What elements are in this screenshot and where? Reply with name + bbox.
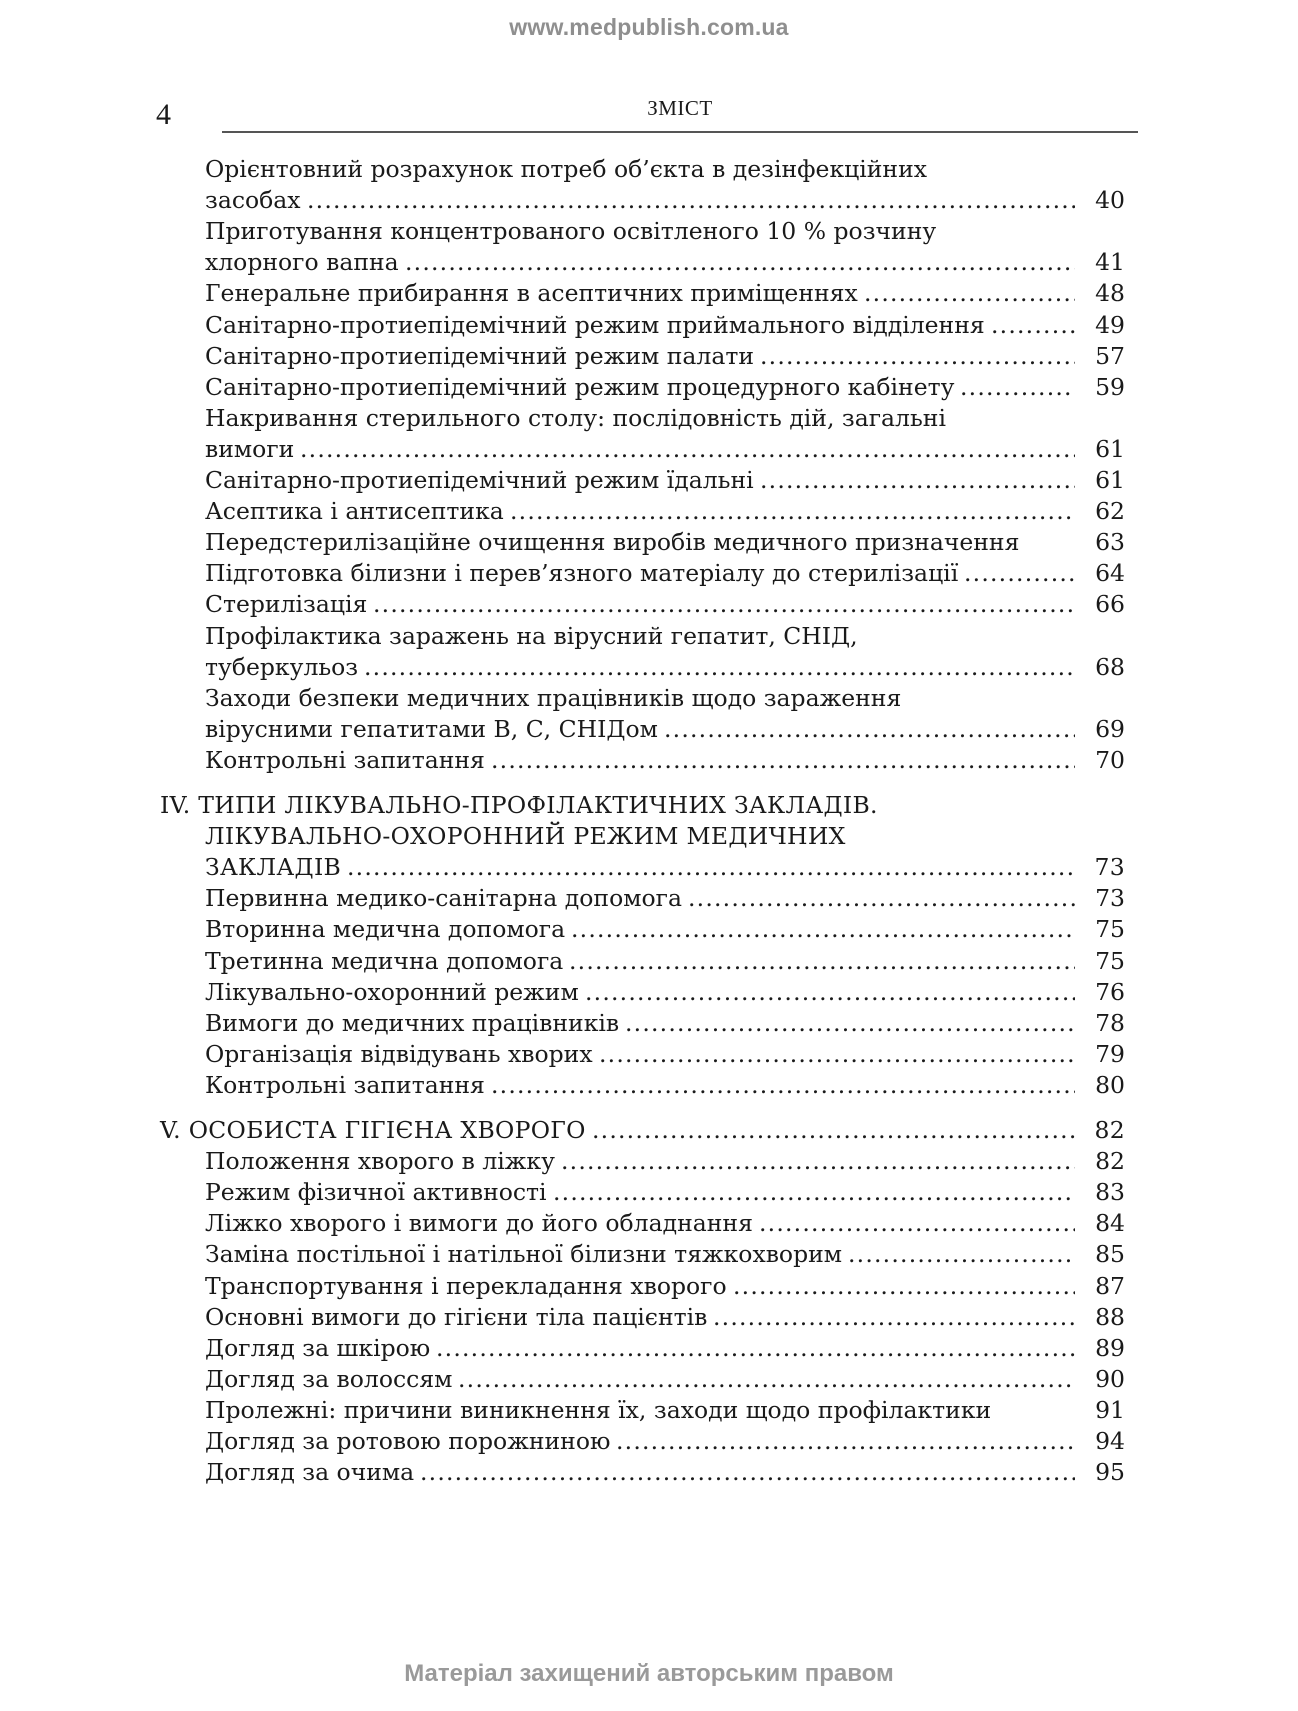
toc-page-number: 48 <box>1075 276 1125 310</box>
dot-leader: ........................................… <box>848 1237 1075 1271</box>
dot-leader: ........................................… <box>420 1455 1075 1489</box>
dot-leader: ........................................… <box>760 339 1075 373</box>
toc-page-number: 59 <box>1075 370 1125 404</box>
toc-page-number: 61 <box>1075 432 1125 466</box>
toc-page-number: 75 <box>1075 912 1125 946</box>
page-number: 4 <box>156 98 171 132</box>
dot-leader: ........................................… <box>561 1144 1075 1178</box>
toc-page-number: 91 <box>1075 1393 1125 1427</box>
toc-entry-title: Догляд за ротовою порожниною <box>205 1424 610 1458</box>
toc-page-number: 80 <box>1075 1068 1125 1102</box>
toc-entry-title: Генеральне прибирання в асептичних примі… <box>205 276 858 310</box>
dot-leader: ........................................… <box>625 1006 1075 1040</box>
dot-leader: ........................................… <box>960 370 1075 404</box>
toc-entry-title: Догляд за волоссям <box>205 1362 452 1396</box>
toc-page-number: 79 <box>1075 1037 1125 1071</box>
toc-page-number: 68 <box>1075 650 1125 684</box>
dot-leader: ........................................… <box>307 183 1075 217</box>
toc-entry-title: Лікувально-охоронний режим <box>205 975 579 1009</box>
toc-page-number: 90 <box>1075 1362 1125 1396</box>
toc-entry-title: Ліжко хворого і вимоги до його обладнанн… <box>205 1206 753 1240</box>
toc-page-number: 70 <box>1075 743 1125 777</box>
toc-entry-title: Санітарно-протиепідемічний режим їдальні <box>205 463 754 497</box>
dot-leader: ........................................… <box>733 1269 1075 1303</box>
dot-leader: ........................................… <box>664 712 1075 746</box>
toc-page-number: 57 <box>1075 339 1125 373</box>
toc-page-number: 63 <box>1075 525 1125 559</box>
toc-entry-title: Догляд за очима <box>205 1455 414 1489</box>
toc-entry-title: Асептика і антисептика <box>205 494 504 528</box>
toc-entry-title: Санітарно-протиепідемічний режим приймал… <box>205 308 985 342</box>
watermark-bottom: Матеріал захищений авторським правом <box>0 1660 1298 1688</box>
toc-entry-title: Положення хворого в ліжку <box>205 1144 555 1178</box>
dot-leader: ........................................… <box>458 1362 1075 1396</box>
toc-page-number: 84 <box>1075 1206 1125 1240</box>
dot-leader: ........................................… <box>713 1300 1075 1334</box>
toc-entry-title: V. ОСОБИСТА ГІГІЄНА ХВОРОГО <box>160 1113 586 1147</box>
toc-page-number: 73 <box>1075 881 1125 915</box>
dot-leader: ........................................… <box>585 975 1075 1009</box>
toc-entry-title: Режим фізичної активності <box>205 1175 547 1209</box>
toc-page-number: 89 <box>1075 1331 1125 1365</box>
toc-entry-title: Заміна постільної і натільної білизни тя… <box>205 1237 842 1271</box>
toc-entry-title: Вторинна медична допомога <box>205 912 565 946</box>
dot-leader: ........................................… <box>616 1424 1075 1458</box>
toc-entry-title: Третинна медична допомога <box>205 944 563 978</box>
toc-entry-title: ЗАКЛАДІВ <box>205 850 341 884</box>
toc-page-number: 87 <box>1075 1269 1125 1303</box>
toc-entry-title: Контрольні запитання <box>205 1068 485 1102</box>
toc-entry-title: Догляд за шкірою <box>205 1331 430 1365</box>
toc-page-number: 40 <box>1075 183 1125 217</box>
toc-entry-title: туберкульоз <box>205 650 358 684</box>
dot-leader: ........................................… <box>491 1068 1075 1102</box>
dot-leader: ........................................… <box>569 944 1075 978</box>
dot-leader: ........................................… <box>373 587 1075 621</box>
dot-leader: ........................................… <box>347 850 1075 884</box>
running-head: ЗМІСТ <box>222 96 1138 121</box>
toc-page-number: 64 <box>1075 556 1125 590</box>
toc-page-number: 73 <box>1075 850 1125 884</box>
dot-leader: ........................................… <box>436 1331 1075 1365</box>
header-rule <box>222 131 1138 133</box>
toc-page-number: 76 <box>1075 975 1125 1009</box>
toc-entry-title: Приготування концентрованого освітленого… <box>205 214 936 248</box>
toc-entry-title: Передстерилізаційне очищення виробів мед… <box>205 525 1019 559</box>
toc-entry-title: Організація відвідувань хворих <box>205 1037 593 1071</box>
toc-page-number: 95 <box>1075 1455 1125 1489</box>
dot-leader: ........................................… <box>553 1175 1075 1209</box>
toc-entry-title: IV. ТИПИ ЛІКУВАЛЬНО-ПРОФІЛАКТИЧНИХ ЗАКЛА… <box>160 788 878 822</box>
dot-leader: ........................................… <box>571 912 1075 946</box>
toc-page-number: 82 <box>1075 1144 1125 1178</box>
toc-entry-title: ЛІКУВАЛЬНО-ОХОРОННИЙ РЕЖИМ МЕДИЧНИХ <box>205 819 846 853</box>
dot-leader: ........................................… <box>300 432 1075 466</box>
toc-page-number: 49 <box>1075 308 1125 342</box>
toc-page-number: 41 <box>1075 245 1125 279</box>
toc-entry-title: засобах <box>205 183 301 217</box>
toc-page-number: 82 <box>1075 1113 1125 1147</box>
dot-leader: ........................................… <box>760 463 1075 497</box>
dot-leader: ........................................… <box>991 308 1075 342</box>
toc-entry-title: Профілактика заражень на вірусний гепати… <box>205 619 858 653</box>
dot-leader: ........................................… <box>592 1113 1075 1147</box>
toc-page-number: 83 <box>1075 1175 1125 1209</box>
toc-page-number: 62 <box>1075 494 1125 528</box>
toc-entry-title: Підготовка білизни і перев’язного матері… <box>205 556 958 590</box>
toc-entry-title: Орієнтовний розрахунок потреб об’єкта в … <box>205 152 927 186</box>
toc-entry-title: Вимоги до медичних працівників <box>205 1006 619 1040</box>
toc-page-number: 85 <box>1075 1237 1125 1271</box>
toc-page-number: 66 <box>1075 587 1125 621</box>
toc-entry-title: вимоги <box>205 432 294 466</box>
toc-page-number: 88 <box>1075 1300 1125 1334</box>
toc-page-number: 69 <box>1075 712 1125 746</box>
dot-leader: ........................................… <box>759 1206 1075 1240</box>
toc-page-number: 75 <box>1075 944 1125 978</box>
toc-entry-title: Санітарно-протиепідемічний режим палати <box>205 339 754 373</box>
dot-leader: ........................................… <box>510 494 1075 528</box>
dot-leader: ........................................… <box>688 881 1075 915</box>
dot-leader: ........................................… <box>405 245 1075 279</box>
toc-entry-title: Первинна медико-санітарна допомога <box>205 881 682 915</box>
toc-entry-title: Санітарно-протиепідемічний режим процеду… <box>205 370 954 404</box>
toc-entry-title: Накривання стерильного столу: послідовні… <box>205 401 946 435</box>
toc-entry-title: Пролежні: причини виникнення їх, заходи … <box>205 1393 991 1427</box>
dot-leader: ........................................… <box>491 743 1075 777</box>
toc-entry-title: Основні вимоги до гігієни тіла пацієнтів <box>205 1300 707 1334</box>
toc-entry-title: Стерилізація <box>205 587 367 621</box>
dot-leader: ........................................… <box>964 556 1075 590</box>
watermark-top: www.medpublish.com.ua <box>0 14 1298 41</box>
dot-leader: ........................................… <box>864 276 1075 310</box>
toc-page-number: 61 <box>1075 463 1125 497</box>
dot-leader: ........................................… <box>599 1037 1075 1071</box>
dot-leader: ........................................… <box>364 650 1075 684</box>
toc-entry-title: хлорного вапна <box>205 245 399 279</box>
toc-entry-title: Контрольні запитання <box>205 743 485 777</box>
toc-page-number: 94 <box>1075 1424 1125 1458</box>
toc-entry-title: вірусними гепатитами В, С, СНІДом <box>205 712 658 746</box>
toc-page-number: 78 <box>1075 1006 1125 1040</box>
toc-entry-title: Транспортування і перекладання хворого <box>205 1269 727 1303</box>
toc-entry-title: Заходи безпеки медичних працівників щодо… <box>205 681 901 715</box>
